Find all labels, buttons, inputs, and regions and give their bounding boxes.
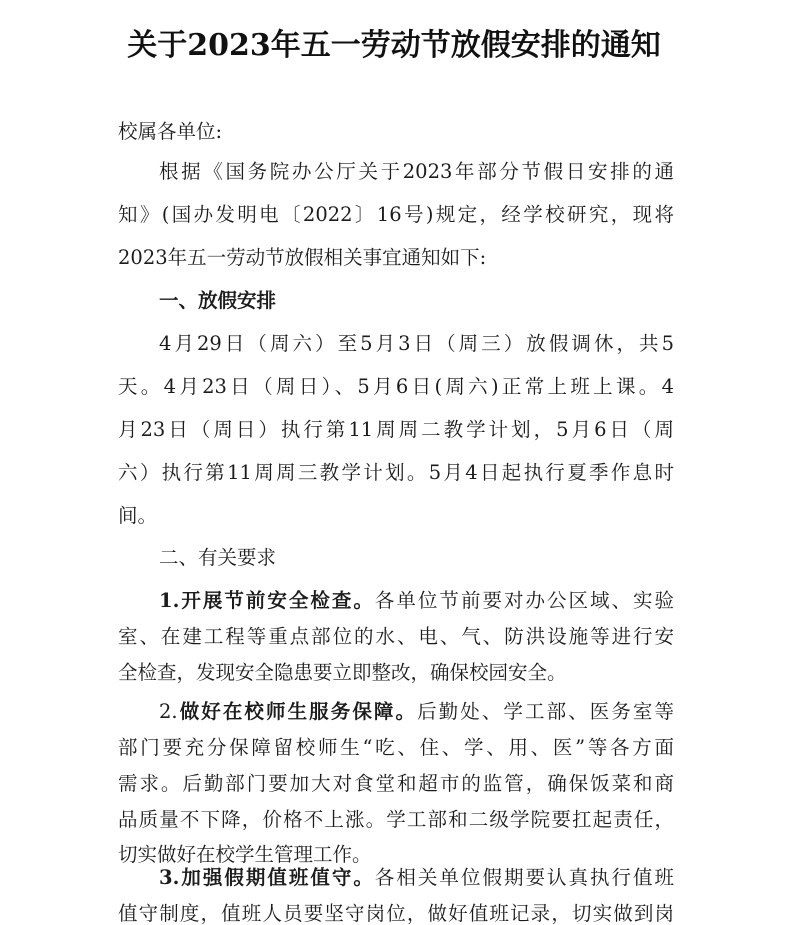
item1-first-line: 1.开展节前安全检查。各单位节前要对办公区域、实验 (159, 587, 674, 615)
section1-line-5: 间。 (118, 502, 674, 530)
intro-line-1: 根据《国务院办公厅关于2023年部分节假日安排的通 (159, 158, 674, 186)
section1-line-4: 六）执行第11周周三教学计划。5月4日起执行夏季作息时 (118, 459, 674, 487)
item3-bold-title: 加强假期值班值守。 (179, 866, 375, 889)
section1-heading: 一、放假安排 (159, 287, 674, 315)
salutation: 校属各单位: (118, 118, 674, 146)
section1-line-3: 月23日（周日）执行第11周周二教学计划，5月6日（周 (118, 416, 674, 444)
item2-line-4: 品质量不下降，价格不上涨。学工部和二级学院要扛起责任， (118, 806, 674, 834)
section1-line-2: 天。4月23日（周日）、5月6日(周六)正常上班上课。4 (118, 373, 674, 401)
item2-bold-title: 做好在校师生服务保障。 (178, 700, 417, 723)
item1-number: 1. (159, 589, 179, 612)
item1-line-3: 全检查，发现安全隐患要立即整改，确保校园安全。 (118, 659, 674, 687)
document-title: 关于2023年五一劳动节放假安排的通知 (0, 20, 788, 64)
item1-bold-title: 开展节前安全检查。 (179, 589, 375, 612)
item3-text: 各相关单位假期要认真执行值班 (375, 866, 674, 889)
item3-first-line: 3.加强假期值班值守。各相关单位假期要认真执行值班 (159, 864, 674, 892)
item2-line-3: 需求。后勤部门要加大对食堂和超市的监管，确保饭菜和商 (118, 770, 674, 798)
intro-line-3: 2023年五一劳动节放假相关事宜通知如下: (118, 244, 674, 272)
item2-text: 后勤处、学工部、医务室等 (417, 700, 674, 723)
item2-first-line: 2.做好在校师生服务保障。后勤处、学工部、医务室等 (159, 698, 674, 726)
section2-heading: 二、有关要求 (159, 544, 674, 572)
item2-line-2: 部门要充分保障留校师生“吃、住、学、用、医”等各方面 (118, 734, 674, 762)
item1-line-2: 室、在建工程等重点部位的水、电、气、防洪设施等进行安 (118, 623, 674, 651)
item3-line-2: 值守制度，值班人员要坚守岗位，做好值班记录，切实做到岗 (118, 900, 674, 925)
intro-line-2: 知》(国办发明电〔2022〕16号)规定，经学校研究，现将 (118, 201, 674, 229)
section1-line-1: 4月29日（周六）至5月3日（周三）放假调休，共5 (159, 330, 674, 358)
item2-number: 2. (159, 700, 178, 723)
item3-number: 3. (159, 866, 179, 889)
item1-text: 各单位节前要对办公区域、实验 (375, 589, 674, 612)
